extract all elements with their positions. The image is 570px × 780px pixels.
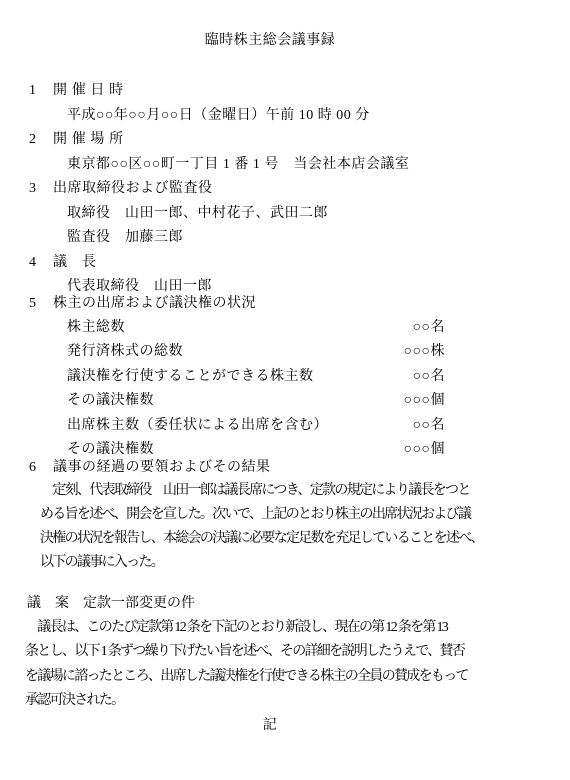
agenda-heading: 議 案 定款一部変更の件 xyxy=(27,595,195,613)
agenda-line: 議長は、このたび定款第 12 条を下記のとおり新設し、現在の第 12 条を第 1… xyxy=(25,619,447,637)
voting-row-value: ○○名 xyxy=(245,319,445,337)
voting-row-label: その議決権数 xyxy=(67,441,154,459)
item-4-number: 4 xyxy=(29,254,53,272)
item-1-label: 開催日時 xyxy=(53,83,128,98)
voting-row-value: ○○名 xyxy=(245,368,445,386)
item-3-number: 3 xyxy=(29,180,53,198)
item-5-number: 5 xyxy=(29,295,53,313)
voting-row-value: ○○○個 xyxy=(245,392,445,410)
voting-row-value: ○○○個 xyxy=(245,441,445,459)
proceedings-line: める旨を述べ、開会を宣した。次いで、上記のとおり株主の出席状況および議 xyxy=(40,506,470,524)
item-4-heading: 4議 長 xyxy=(29,254,97,272)
agenda-line: 承認可決された。 xyxy=(25,692,123,710)
item-2-venue: 東京都○○区○○町一丁目 1 番 1 号 当会社本店会議室 xyxy=(67,156,409,174)
closing-mark: 記 xyxy=(0,717,540,735)
item-2-number: 2 xyxy=(29,131,53,149)
item-6-label: 議事の経過の要領およびその結果 xyxy=(53,460,271,475)
document-title: 臨時株主総会議事録 xyxy=(0,32,540,50)
item-3-heading: 3出席取締役および監査役 xyxy=(29,180,213,198)
proceedings-line: 以下の議事に入った。 xyxy=(40,554,163,572)
item-2-heading: 2開催場所 xyxy=(29,131,128,149)
voting-row-label: 発行済株式の総数 xyxy=(67,343,183,361)
item-3-directors: 取締役 山田一郎、中村花子、武田二郎 xyxy=(67,205,328,223)
item-3-label: 出席取締役および監査役 xyxy=(53,181,213,196)
voting-row-value: ○○名 xyxy=(245,417,445,435)
item-1-heading: 1開催日時 xyxy=(29,82,128,100)
proceedings-line: 決権の状況を報告し、本総会の決議に必要な定足数を充足していることを述べ、 xyxy=(40,530,483,548)
item-1-number: 1 xyxy=(29,82,53,100)
item-2-label: 開催場所 xyxy=(53,132,128,147)
voting-row-value: ○○○株 xyxy=(245,343,445,361)
item-4-label: 議 長 xyxy=(53,255,97,270)
voting-row-label: その議決権数 xyxy=(67,392,154,410)
item-1-datetime: 平成○○年○○月○○日（金曜日）午前 10 時 00 分 xyxy=(67,107,370,125)
proceedings-line: 定刻、代表取締役 山田一郎は議長席につき、定款の規定により議長をつと xyxy=(40,482,470,500)
minutes-document: 臨時株主総会議事録 1開催日時 平成○○年○○月○○日（金曜日）午前 10 時 … xyxy=(0,0,570,780)
item-6-heading: 6議事の経過の要領およびその結果 xyxy=(29,459,271,477)
item-6-number: 6 xyxy=(29,459,53,477)
item-4-chairman: 代表取締役 山田一郎 xyxy=(67,278,212,296)
item-3-auditor: 監査役 加藤三郎 xyxy=(67,229,183,247)
item-5-label: 株主の出席および議決権の状況 xyxy=(53,296,256,311)
agenda-line: を議場に諮ったところ、出席した議決権を行使できる株主の全員の賛成をもって xyxy=(25,668,468,686)
item-5-heading: 5株主の出席および議決権の状況 xyxy=(29,295,256,313)
agenda-line: 条とし、以下 1 条ずつ繰り下げたい旨を述べ、その詳細を説明したうえで、賛否 xyxy=(25,643,464,661)
voting-row-label: 株主総数 xyxy=(67,319,125,337)
